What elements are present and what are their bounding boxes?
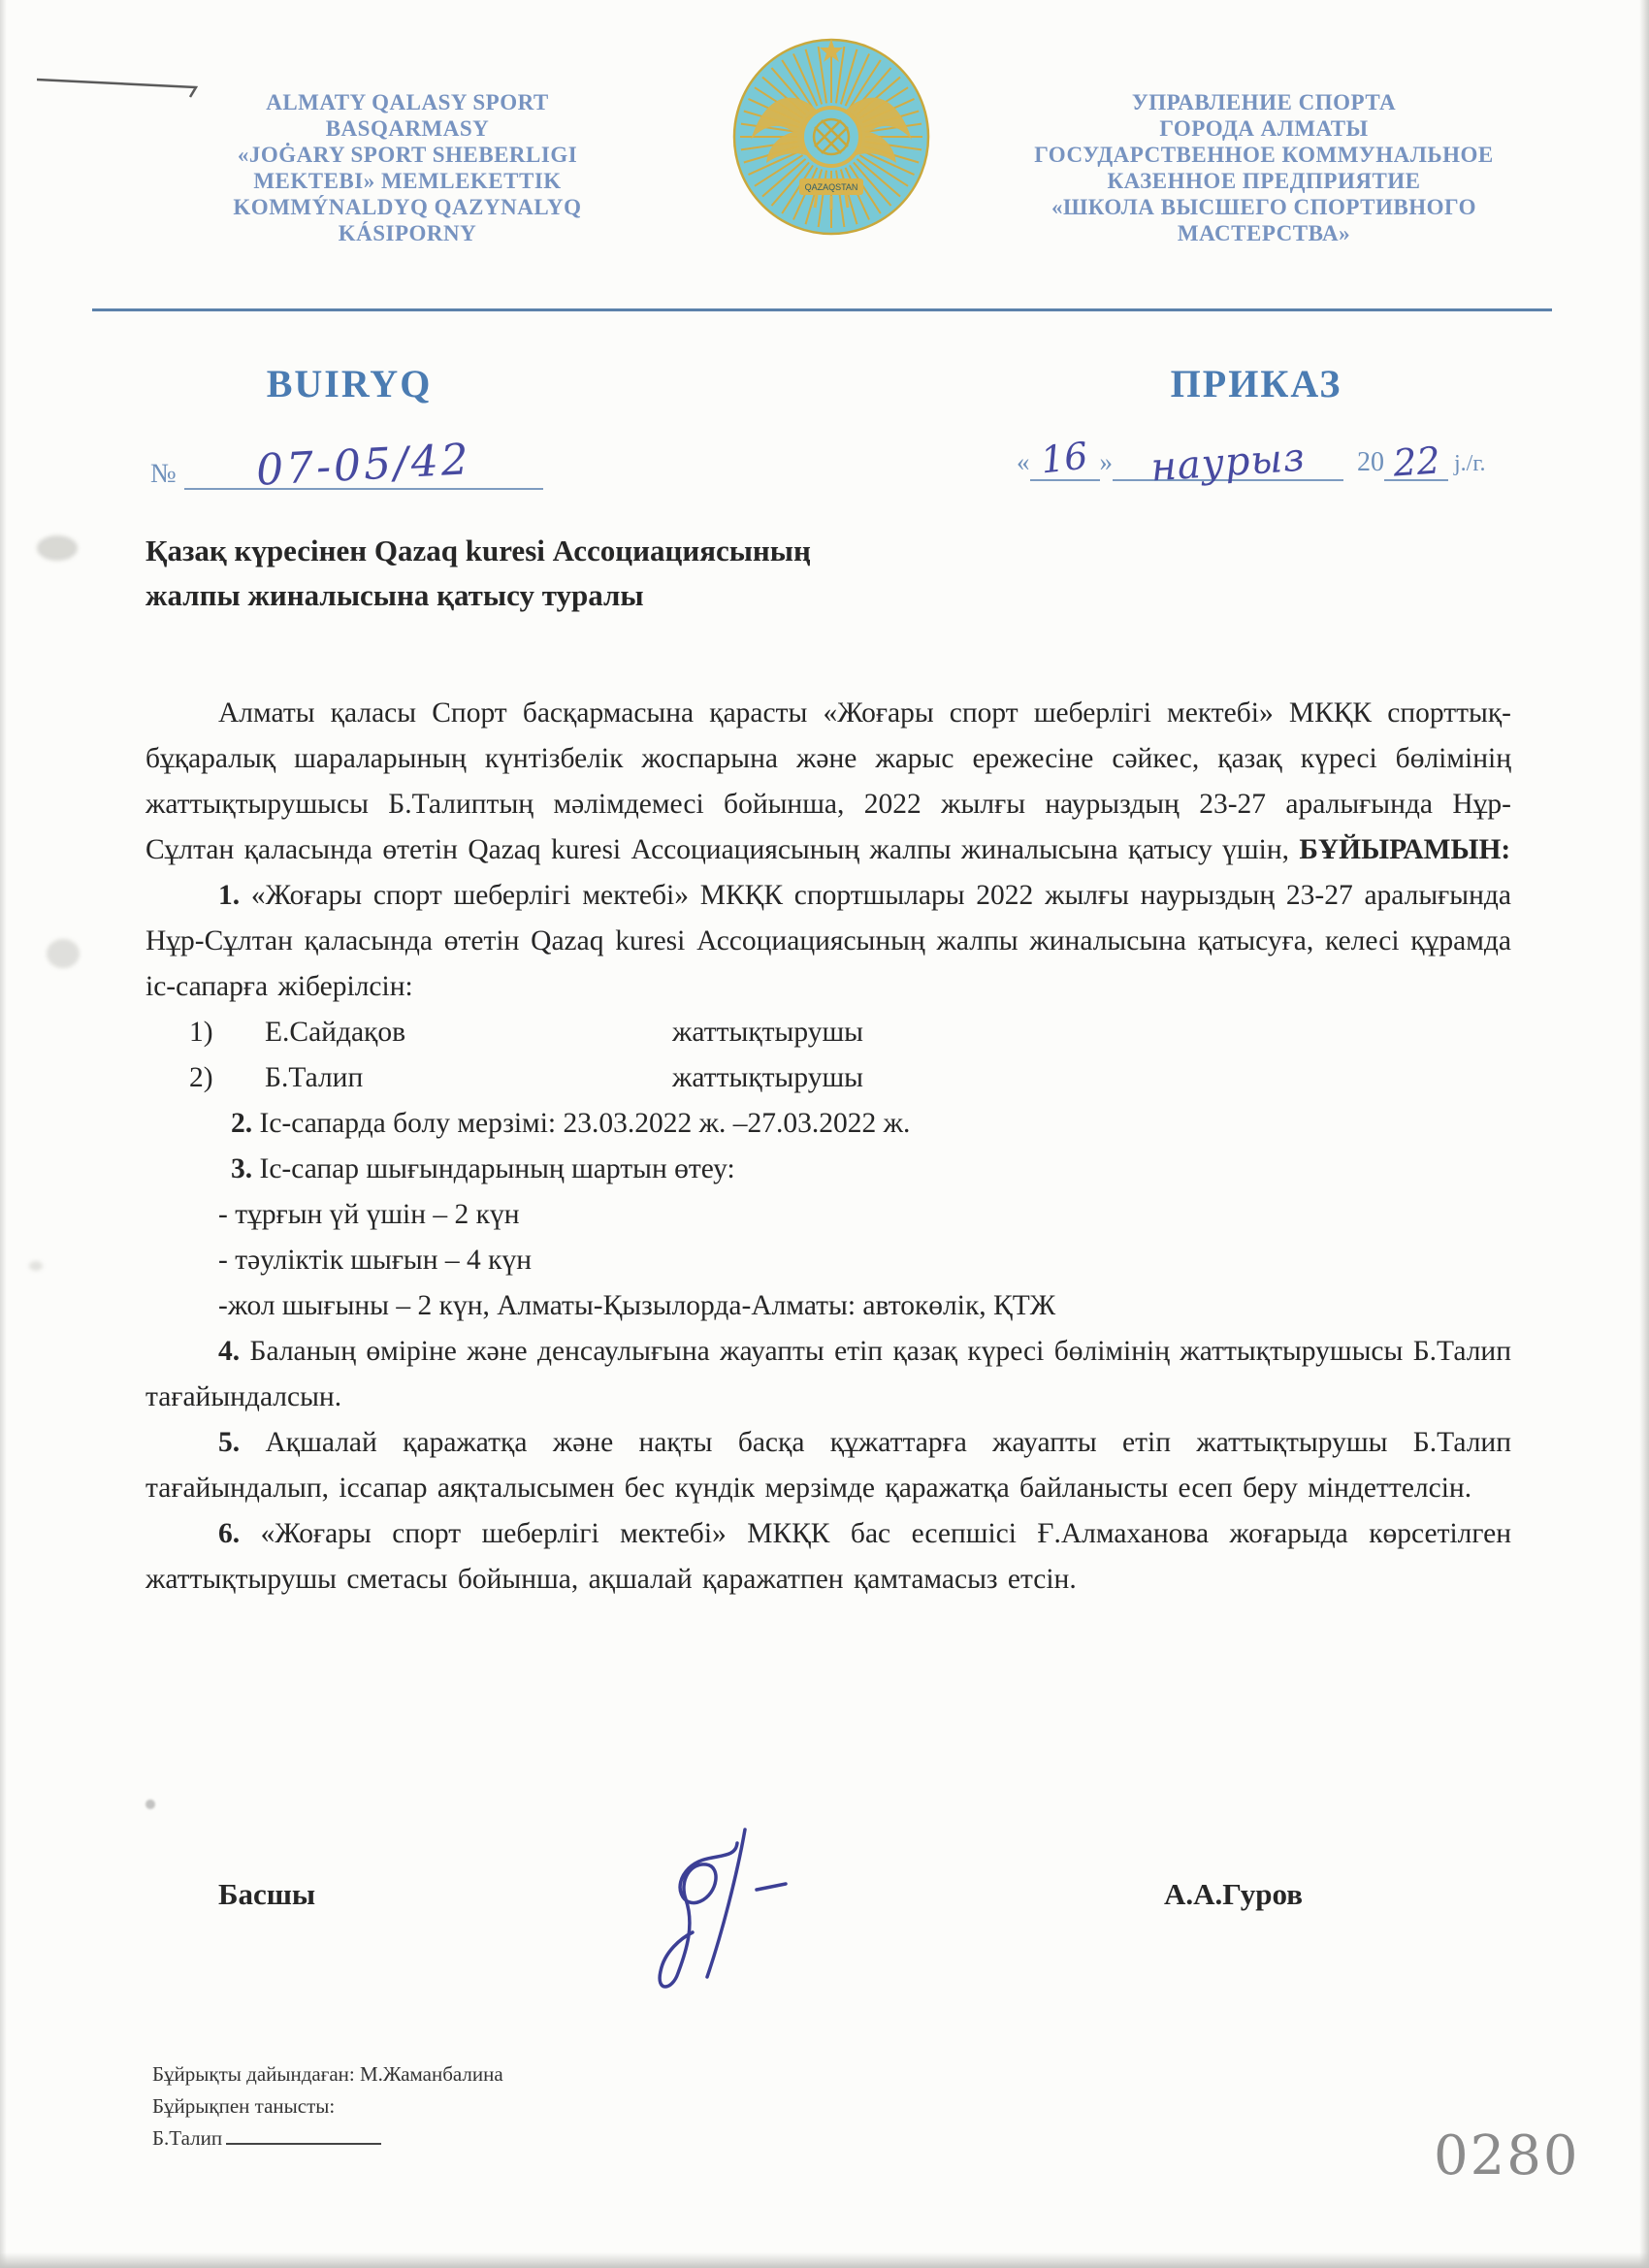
- order-date-line: « 16 » наурыз 20 22 j./г.: [1017, 435, 1579, 481]
- close-quote: »: [1100, 447, 1114, 481]
- item-text: «Жоғары спорт шеберлігі мектебі» МКҚК сп…: [145, 880, 1511, 1002]
- order-number-line: № 07-05/42: [150, 438, 567, 490]
- kazakhstan-coat-of-arms: QAZAQSTAN: [729, 35, 933, 239]
- item-text: Баланың өміріне және денсаулығына жауапт…: [145, 1336, 1511, 1412]
- header-divider-line: [92, 308, 1552, 311]
- acknowledged-line: Бұйрықпен танысты:: [152, 2090, 503, 2122]
- roster-role: жаттықтырушы: [672, 1055, 863, 1101]
- acknowledged-name: Б.Талип: [152, 2126, 222, 2150]
- roster-name: Е.Сайдақов: [265, 1010, 672, 1055]
- order-heading-russian: ПРИКАЗ: [1052, 361, 1460, 406]
- org-name-line: КАЗЕННОЕ ПРЕДПРИЯТИЕ: [978, 168, 1550, 194]
- item-number: 1.: [218, 880, 240, 911]
- roster-number: 2): [189, 1055, 265, 1101]
- document-title-line: жалпы жиналысына қатысу туралы: [145, 573, 1077, 618]
- scan-smudge: [145, 1799, 155, 1809]
- handwritten-signature: [592, 1822, 844, 2025]
- item-number: 2.: [231, 1108, 252, 1139]
- order-item-4: 4. Баланың өміріне және денсаулығына жау…: [145, 1329, 1511, 1420]
- item-number: 5.: [218, 1427, 240, 1458]
- expense-line: -жол шығыны – 2 күн, Алматы-Қызылорда-Ал…: [145, 1283, 1511, 1329]
- intro-emphasis: БҰЙЫРАМЫН:: [1299, 834, 1510, 865]
- org-name-line: KOMMÝNALDYQ QAZYNALYQ: [160, 194, 655, 220]
- handwritten-day: 16: [1039, 435, 1090, 482]
- order-heading-kazakh: BUIRYQ: [145, 361, 553, 406]
- roster-row: 2) Б.Талип жаттықтырушы: [145, 1055, 1511, 1101]
- scan-smudge: [37, 535, 78, 561]
- order-item-2: 2. Іс-сапарда болу мерзімі: 23.03.2022 ж…: [145, 1101, 1511, 1147]
- handwritten-year: 22: [1392, 438, 1441, 484]
- expense-line: - тәуліктік шығын – 4 күн: [145, 1238, 1511, 1283]
- org-name-line: ALMATY QALASY SPORT: [160, 89, 655, 115]
- item-number: 3.: [231, 1153, 252, 1184]
- org-name-line: ГОРОДА АЛМАТЫ: [978, 115, 1550, 142]
- document-title-line: Қазақ күресінен Qazaq kuresi Ассоциацияс…: [145, 529, 1077, 573]
- year-unit-label: j./г.: [1448, 451, 1485, 481]
- org-name-line: УПРАВЛЕНИЕ СПОРТА: [978, 89, 1550, 115]
- signature-blank-line: [226, 2123, 381, 2145]
- order-item-3: 3. Іс-сапар шығындарының шартын өтеу:: [145, 1147, 1511, 1192]
- signatory-name: А.А.Гуров: [1164, 1877, 1303, 1912]
- expense-line: - тұрғын үй үшін – 2 күн: [145, 1192, 1511, 1238]
- item-number: 6.: [218, 1518, 240, 1549]
- roster-role: жаттықтырушы: [672, 1010, 863, 1055]
- intro-paragraph: Алматы қаласы Спорт басқармасына қарасты…: [145, 691, 1511, 873]
- order-item-6: 6. «Жоғары спорт шеберлігі мектебі» МКҚК…: [145, 1511, 1511, 1603]
- org-name-line: MEKTEBI» MEMLEKETTIK: [160, 168, 655, 194]
- order-body: Алматы қаласы Спорт басқармасына қарасты…: [145, 691, 1511, 1603]
- prepared-by-line: Бұйрықты дайындаған: М.Жаманбалина: [152, 2058, 503, 2090]
- page-number-stamp: 0280: [1434, 2124, 1580, 2187]
- org-name-line: МАСТЕРСТВА»: [978, 220, 1550, 246]
- signatory-position: Басшы: [218, 1877, 315, 1912]
- org-name-line: BASQARMASY: [160, 115, 655, 142]
- scan-smudge: [29, 1261, 43, 1271]
- order-item-5: 5. Ақшалай қаражатқа және нақты басқа құ…: [145, 1420, 1511, 1511]
- scan-smudge: [47, 939, 80, 968]
- order-item-1: 1. «Жоғары спорт шеберлігі мектебі» МКҚК…: [145, 873, 1511, 1010]
- emblem-caption: QAZAQSTAN: [805, 182, 858, 192]
- footer-block: Бұйрықты дайындаған: М.Жаманбалина Бұйры…: [152, 2058, 503, 2155]
- item-text: Ақшалай қаражатқа және нақты басқа құжат…: [145, 1427, 1511, 1504]
- year-prefix: 20: [1343, 447, 1384, 481]
- scan-edge-bottom: [0, 2252, 1649, 2268]
- item-number: 4.: [218, 1336, 240, 1367]
- scan-edge-right: [1639, 0, 1649, 2268]
- document-title: Қазақ күресінен Qazaq kuresi Ассоциацияс…: [145, 529, 1077, 618]
- open-quote: «: [1017, 447, 1030, 481]
- date-day-field: 16: [1030, 437, 1100, 481]
- date-month-field: наурыз: [1113, 435, 1343, 481]
- date-year-field: 22: [1384, 437, 1448, 481]
- scan-edge-left: [0, 0, 7, 2268]
- item-text: Іс-сапарда болу мерзімі: 23.03.2022 ж. –…: [252, 1108, 910, 1139]
- roster-row: 1) Е.Сайдақов жаттықтырушы: [145, 1010, 1511, 1055]
- handwritten-order-number: 07-05/42: [255, 435, 472, 496]
- org-name-russian: УПРАВЛЕНИЕ СПОРТА ГОРОДА АЛМАТЫ ГОСУДАРС…: [978, 89, 1550, 246]
- order-number-field: 07-05/42: [184, 438, 543, 490]
- item-text: Іс-сапар шығындарының шартын өтеу:: [252, 1153, 735, 1184]
- order-number-label: №: [150, 459, 177, 490]
- acknowledged-name-line: Б.Талип: [152, 2122, 503, 2155]
- item-text: «Жоғары спорт шеберлігі мектебі» МКҚК ба…: [145, 1518, 1511, 1595]
- org-name-kazakh: ALMATY QALASY SPORT BASQARMASY «JOĠARY S…: [160, 89, 655, 246]
- org-name-line: KÁSIPORNY: [160, 220, 655, 246]
- handwritten-month: наурыз: [1149, 435, 1307, 490]
- org-name-line: «ШКОЛА ВЫСШЕГО СПОРТИВНОГО: [978, 194, 1550, 220]
- roster-name: Б.Талип: [265, 1055, 672, 1101]
- org-name-line: «JOĠARY SPORT SHEBERLIGI: [160, 142, 655, 168]
- org-name-line: ГОСУДАРСТВЕННОЕ КОММУНАЛЬНОЕ: [978, 142, 1550, 168]
- roster-number: 1): [189, 1010, 265, 1055]
- scanned-order-page: ALMATY QALASY SPORT BASQARMASY «JOĠARY S…: [0, 0, 1649, 2268]
